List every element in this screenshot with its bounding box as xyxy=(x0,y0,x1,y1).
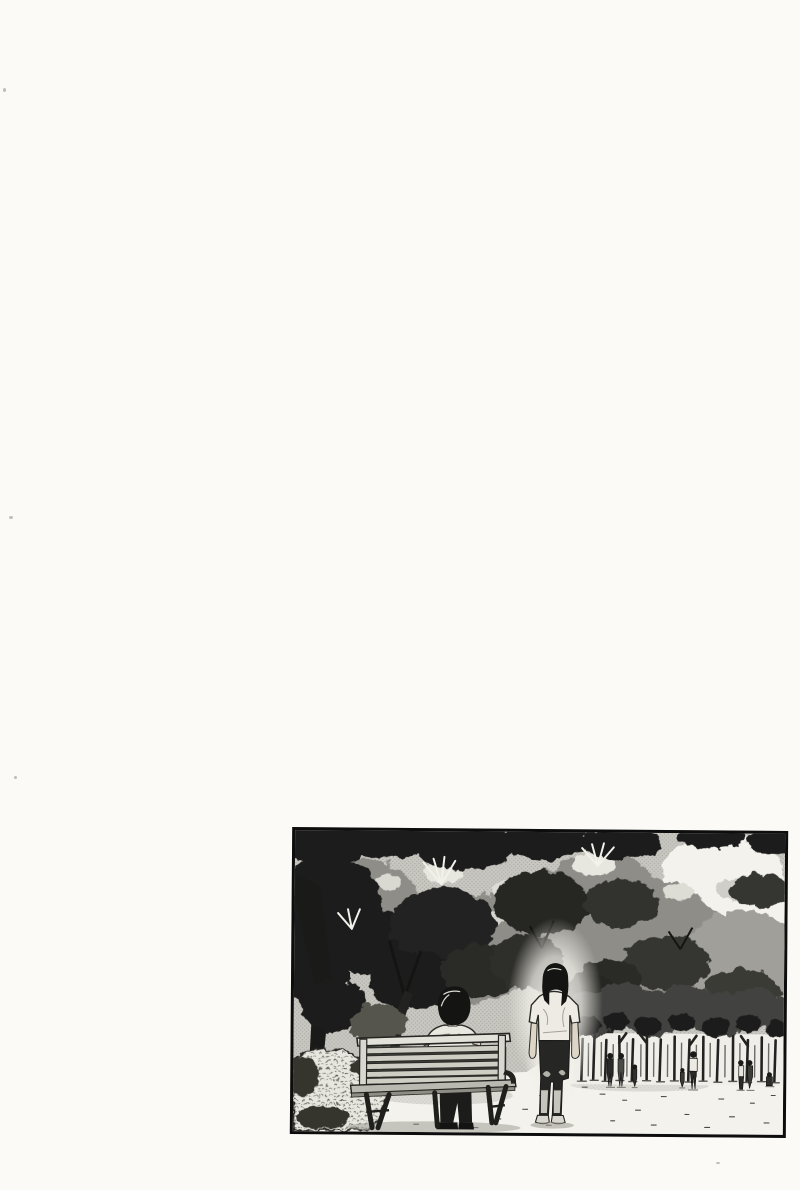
distant-person-seated xyxy=(766,1073,772,1086)
paper-speck xyxy=(14,776,17,779)
paper-speck xyxy=(3,88,6,92)
seated-figure-hair xyxy=(438,986,471,1025)
bench-post-left xyxy=(360,1039,367,1086)
bench-slats xyxy=(362,1044,504,1085)
manga-panel xyxy=(290,827,788,1138)
scanned-page xyxy=(0,0,800,1190)
standing-figure-arm-right xyxy=(572,1022,580,1058)
paper-speck xyxy=(9,516,13,519)
paper-speck xyxy=(716,1162,720,1164)
